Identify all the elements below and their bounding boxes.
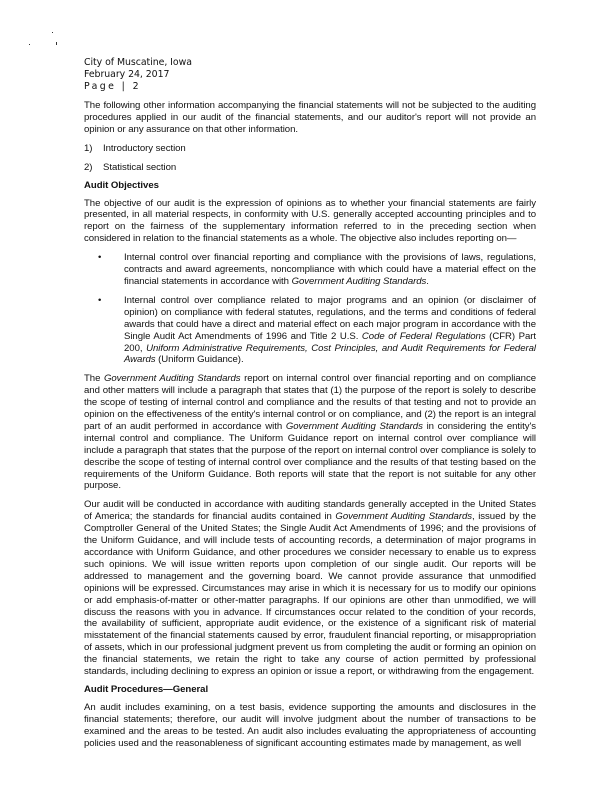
procedures-paragraph: An audit includes examining, on a test b… bbox=[84, 702, 536, 750]
scan-speck bbox=[52, 32, 53, 33]
section-heading: Audit Objectives bbox=[84, 180, 536, 192]
date-line: February 24, 2017 bbox=[84, 69, 536, 81]
scan-speck bbox=[56, 42, 57, 45]
bullet-item: • Internal control over financial report… bbox=[84, 252, 536, 288]
audit-conduct-paragraph: Our audit will be conducted in accordanc… bbox=[84, 499, 536, 678]
bullet-icon: • bbox=[98, 252, 124, 288]
recipient-line: City of Muscatine, Iowa bbox=[84, 57, 536, 69]
objectives-paragraph: The objective of our audit is the expres… bbox=[84, 198, 536, 246]
scan-speck bbox=[29, 44, 30, 45]
section-heading: Audit Procedures—General bbox=[84, 684, 536, 696]
page-number: Page | 2 bbox=[84, 81, 536, 93]
letter-header: City of Muscatine, Iowa February 24, 201… bbox=[84, 57, 536, 93]
list-item: 2) Statistical section bbox=[84, 162, 536, 174]
intro-paragraph: The following other information accompan… bbox=[84, 100, 536, 136]
document-page: City of Muscatine, Iowa February 24, 201… bbox=[84, 57, 536, 750]
gas-report-paragraph: The Government Auditing Standards report… bbox=[84, 373, 536, 492]
bullet-icon: • bbox=[98, 295, 124, 366]
bullet-item: • Internal control over compliance relat… bbox=[84, 295, 536, 366]
list-item: 1) Introductory section bbox=[84, 143, 536, 155]
